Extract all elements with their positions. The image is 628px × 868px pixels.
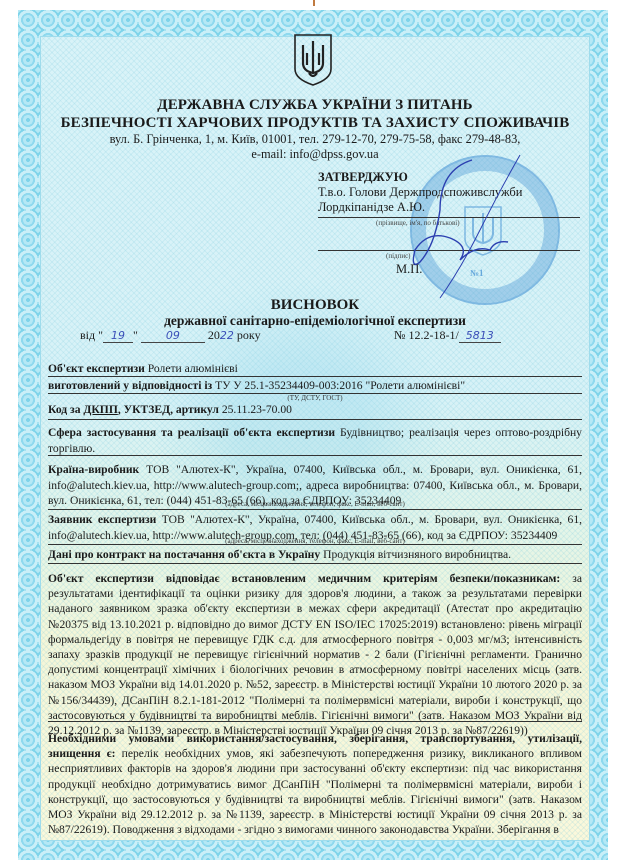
conclusion-date-number: від "19" 09 2022 року № 12.2-18-1/5813 [80,328,550,343]
number-prefix: № 12.2-18-1/ [394,328,459,342]
rule [48,419,582,420]
applicant-label: Заявник експертизи [48,513,156,526]
code-dkpp: ДКПП [83,403,117,416]
year-suffix: 22 [220,329,234,342]
scope-label: Сфера застосування та реалізації об'єкта… [48,426,335,439]
made-value: ТУ У 25.1-35234409-003:2016 "Ролети алюм… [215,379,465,392]
made-label: виготовлений у відповідності із [48,379,212,392]
year-prefix: 20 [208,328,220,342]
compliance-section: Об'єкт експертизи відповідає встановлени… [48,571,582,738]
conclusion-number: 5813 [459,329,501,343]
stamp-number: №1 [470,268,484,278]
conclusion-number-block: № 12.2-18-1/5813 [394,328,501,343]
agency-name-line1: ДЕРЖАВНА СЛУЖБА УКРАЇНИ З ПИТАНЬ [40,97,590,114]
code-label: Код за [48,403,81,416]
page-mark [313,0,315,6]
conclusion-title: ВИСНОВОК [40,297,590,314]
date-day: 19 [103,329,133,343]
compliance-label: Об'єкт експертизи відповідає встановлени… [48,572,560,585]
country-label: Країна-виробник [48,463,139,476]
contract-label: Дані про контракт на постачання об'єкта … [48,548,320,561]
rule [48,455,582,456]
name-rule [318,217,580,218]
agency-name-line2: БЕЗПЕЧНОСТІ ХАРЧОВИХ ПРОДУКТІВ ТА ЗАХИСТ… [40,115,590,132]
made-field: виготовлений у відповідності із ТУ У 25.… [48,378,582,394]
code-rest: , УКТЗЕД, артикул [118,403,219,416]
approval-block: ЗАТВЕРДЖУЮ Т.в.о. Голови Держпродспоживс… [318,170,580,215]
scope-field: Сфера застосування та реалізації об'єкта… [48,425,582,456]
year-word: року [237,328,261,342]
object-field: Об'єкт експертизи Ролети алюмінієві [48,361,582,377]
approval-title: ЗАТВЕРДЖУЮ [318,170,580,185]
contract-value: Продукція вітчизняного виробництва. [323,548,511,561]
applicant-hint: (адреса, місцезнаходження, телефон, факс… [48,537,582,545]
conditions-section: Необхідними умовами використання/застосу… [48,731,582,837]
country-hint: (адреса, місцезнаходження, телефон, факс… [48,500,582,508]
contract-field: Дані про контракт на постачання об'єкта … [48,547,582,563]
code-value: 25.11.23-70.00 [222,403,292,416]
name-hint: (прізвище, ім'я, по батькові) [376,219,460,227]
rule [48,376,582,377]
date-prefix: від [80,328,95,342]
conclusion-subtitle: державної санітарно-епідеміологічної екс… [40,313,590,329]
rule [48,509,582,510]
date-month: 09 [141,329,205,343]
code-field: Код за ДКПП, УКТЗЕД, артикул 25.11.23-70… [48,402,582,418]
made-hint: (ТУ, ДСТУ, ГОСТ) [48,394,582,402]
signature-rule [318,250,580,251]
compliance-text: за результатами ідентифікації та оцінки … [48,572,582,737]
conditions-text: перелік необхідних умов, які забезпечуют… [48,747,582,836]
object-label: Об'єкт експертизи [48,362,145,375]
seal-label: М.П. [396,262,422,277]
agency-address: вул. Б. Грінченка, 1, м. Київ, 01001, те… [40,132,590,147]
rule [48,721,582,722]
rule [48,563,582,564]
trident-emblem-icon [291,33,335,87]
signature-hint: (підпис) [386,252,411,260]
object-value: Ролети алюмінієві [148,362,238,375]
approver-position: Т.в.о. Голови Держпродспоживслужби [318,185,580,200]
approver-name: Лордкіпанідзе А.Ю. [318,200,580,215]
